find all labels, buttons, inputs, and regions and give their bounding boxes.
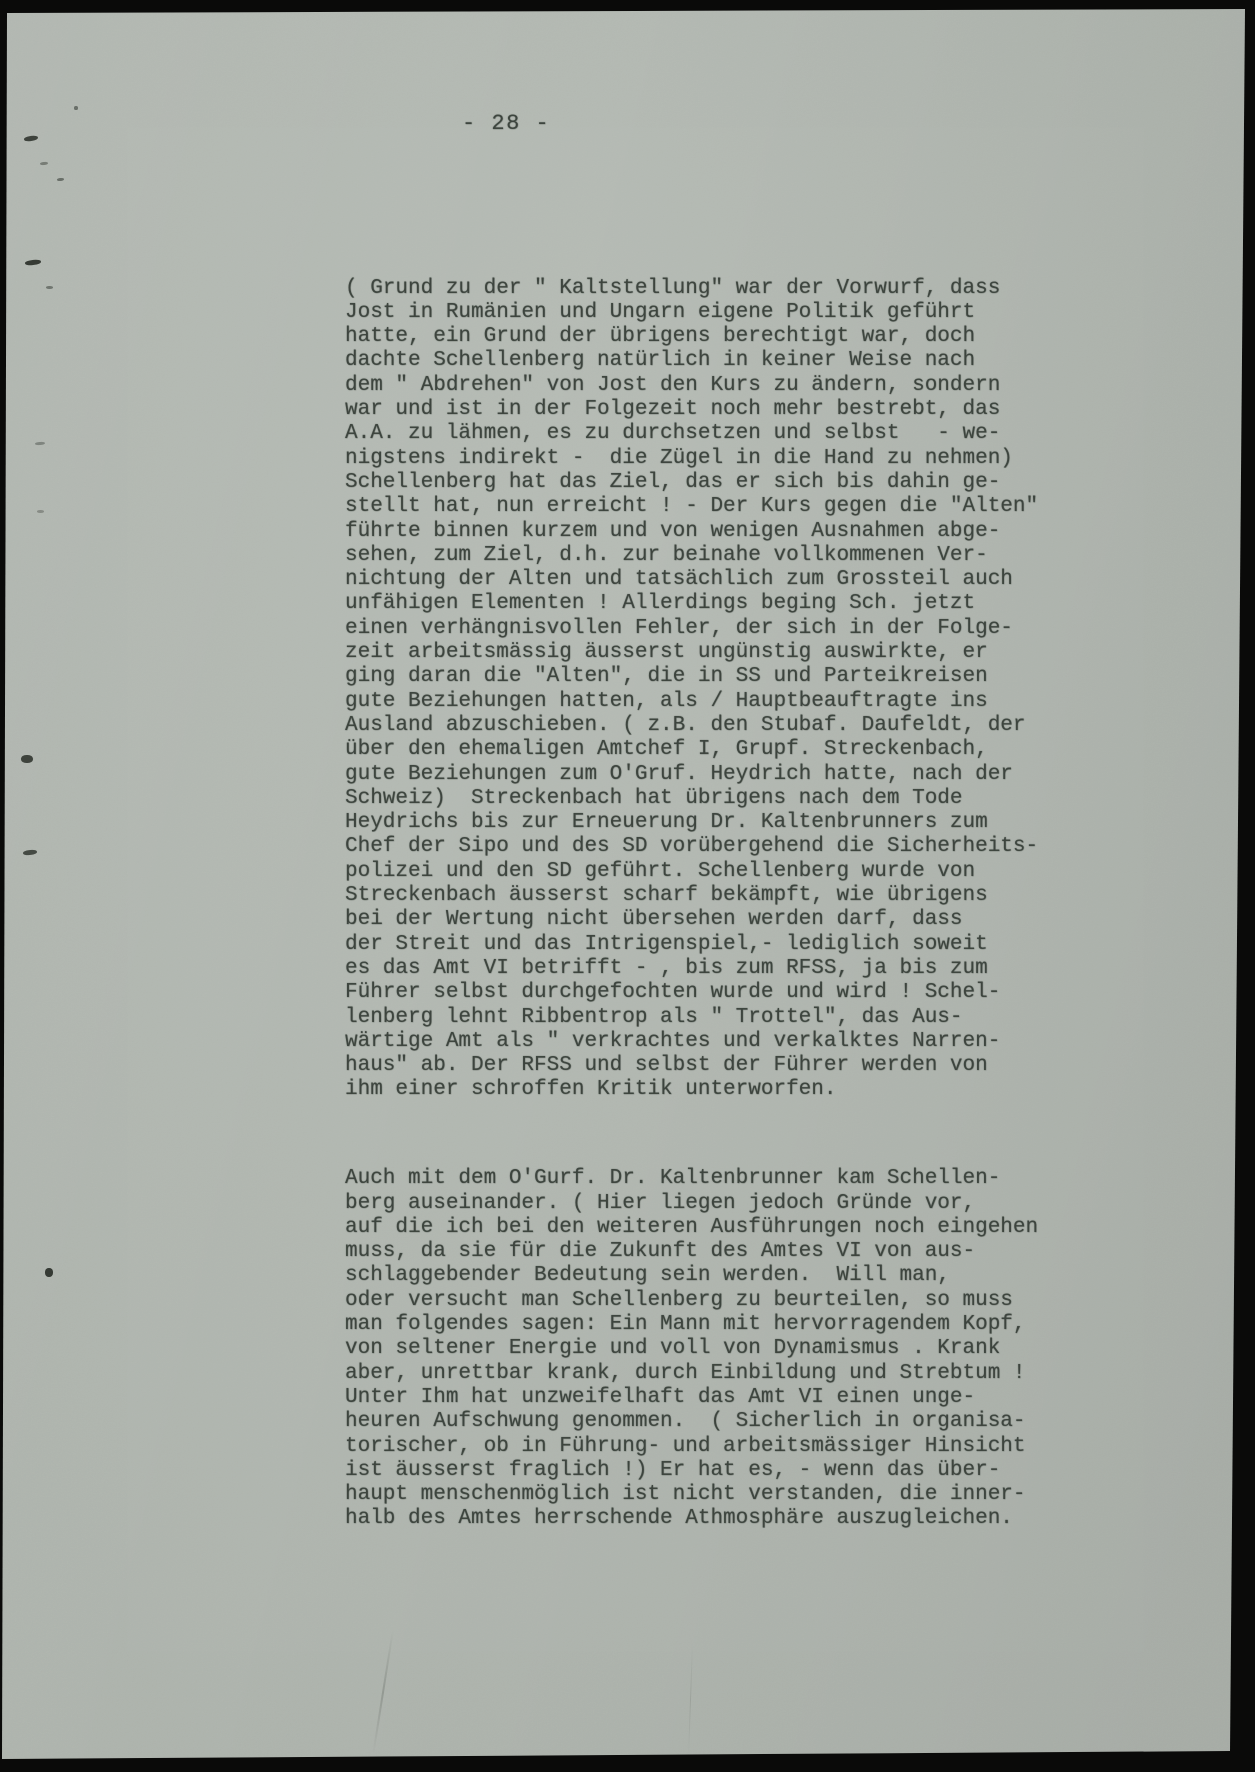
scan-background: - 28 - ( Grund zu der " Kaltstellung" wa…	[0, 0, 1255, 1772]
scan-speck	[21, 755, 33, 763]
scan-speck	[46, 286, 53, 289]
paragraph-1: ( Grund zu der " Kaltstellung" war der V…	[345, 277, 1038, 1103]
paper: - 28 - ( Grund zu der " Kaltstellung" wa…	[0, 0, 1255, 1772]
scan-speck	[25, 259, 41, 266]
scan-speck	[74, 106, 78, 110]
scan-speck	[57, 178, 64, 182]
paragraph-2: Auch mit dem O'Gurf. Dr. Kaltenbrunner k…	[345, 1167, 1038, 1531]
scan-speck	[24, 135, 39, 142]
paper-crease	[688, 1645, 693, 1755]
paper-crease	[372, 1631, 394, 1755]
scan-speck	[37, 510, 44, 513]
page-number: - 28 -	[462, 112, 550, 136]
scan-speck	[40, 162, 48, 166]
scan-speck	[35, 442, 45, 446]
scan-speck	[23, 849, 37, 855]
document-body: ( Grund zu der " Kaltstellung" war der V…	[345, 228, 1038, 1580]
scan-speck	[45, 1268, 53, 1277]
